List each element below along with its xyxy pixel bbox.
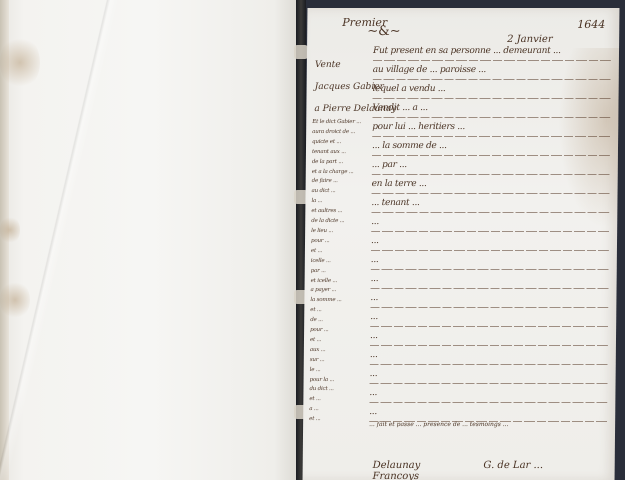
stain — [0, 280, 30, 320]
body-line: au village de ... paroisse ... — [373, 65, 611, 84]
margin-note-line: et a la charge ... — [312, 168, 370, 178]
margin-note-line: et icelle ... — [311, 277, 369, 287]
body-line: en la terre ... — [371, 179, 609, 198]
paper-fold — [0, 0, 298, 480]
margin-note-line: pour la ... — [310, 376, 368, 386]
flourish-mark: ~&~ — [367, 24, 401, 39]
margin-note-line: de la part ... — [312, 158, 370, 168]
margin-note-line: du dict ... — [309, 385, 367, 395]
body-line: ... — [369, 369, 607, 388]
margin-note-line: Et le dict Gabier ... — [312, 118, 370, 128]
margin-note-line: par ... — [311, 267, 369, 277]
body-text: Fut present en sa personne ... demeurant… — [369, 46, 611, 426]
margin-note-line: au dict ... — [311, 187, 369, 197]
body-line: Vendit ... a ... — [372, 103, 610, 122]
binding-stitch — [294, 45, 308, 59]
body-line: ... la somme de ... — [372, 141, 610, 160]
body-line: Fut present en sa personne ... demeurant… — [373, 46, 611, 65]
margin-note-line: le ... — [310, 366, 368, 376]
stain — [0, 35, 40, 90]
manuscript-photo: Premier ~&~ 1644 2 Janvier Vente Jacques… — [0, 0, 625, 480]
margin-note-line: a ... — [309, 405, 367, 415]
blank-left-folio — [0, 0, 298, 480]
body-line: ... — [370, 350, 608, 369]
signature: Delaunay — [373, 460, 421, 471]
margin-note-line: icelle ... — [311, 257, 369, 267]
body-line: ... — [371, 236, 609, 255]
margin-note-line: pour ... — [310, 326, 368, 336]
margin-note-line: et ... — [311, 247, 369, 257]
body-line: ... — [370, 331, 608, 350]
closing-note: ... fait et passe ... presence de ... te… — [369, 420, 589, 430]
stain — [0, 215, 20, 245]
margin-note-line: pour ... — [311, 237, 369, 247]
body-line: ... — [371, 217, 609, 236]
year: 1644 — [577, 18, 605, 31]
body-line: lequel a vendu ... — [372, 84, 610, 103]
written-right-folio: Premier ~&~ 1644 2 Janvier Vente Jacques… — [303, 8, 620, 480]
body-line: pour lui ... heritiers ... — [372, 122, 610, 141]
margin-note-line: et aultres ... — [311, 207, 369, 217]
margin-note-line: et ... — [310, 306, 368, 316]
margin-note-line: la ... — [311, 197, 369, 207]
entry-date: 2 Janvier — [507, 34, 553, 45]
margin-note-line: de faire ... — [312, 177, 370, 187]
margin-note-line: aura droict de ... — [312, 128, 370, 138]
signatures: Delaunay G. de Lar ... Francoys — [373, 460, 615, 480]
margin-note-line: le lieu ... — [311, 227, 369, 237]
body-line: ... — [370, 274, 608, 293]
margin-note-line: sur ... — [310, 356, 368, 366]
margin-note-line: quicte et ... — [312, 138, 370, 148]
margin-note-line: et ... — [309, 395, 367, 405]
margin-note-line: la somme ... — [310, 296, 368, 306]
body-line: ... par ... — [372, 160, 610, 179]
margin-note-line: tenant aux ... — [312, 148, 370, 158]
body-line: ... — [369, 388, 607, 407]
margin-notes: Et le dict Gabier ...aura droict de ...q… — [309, 118, 370, 425]
margin-note-line: et ... — [309, 415, 367, 425]
margin-note-line: et ... — [310, 336, 368, 346]
body-line: ... — [370, 293, 608, 312]
margin-note-line: a payer ... — [310, 286, 368, 296]
body-line: ... tenant ... — [371, 198, 609, 217]
body-line: ... — [370, 312, 608, 331]
margin-note-line: de ... — [310, 316, 368, 326]
body-line: ... — [371, 255, 609, 274]
margin-note-line: de la dicte ... — [311, 217, 369, 227]
margin-note-line: aux ... — [310, 346, 368, 356]
